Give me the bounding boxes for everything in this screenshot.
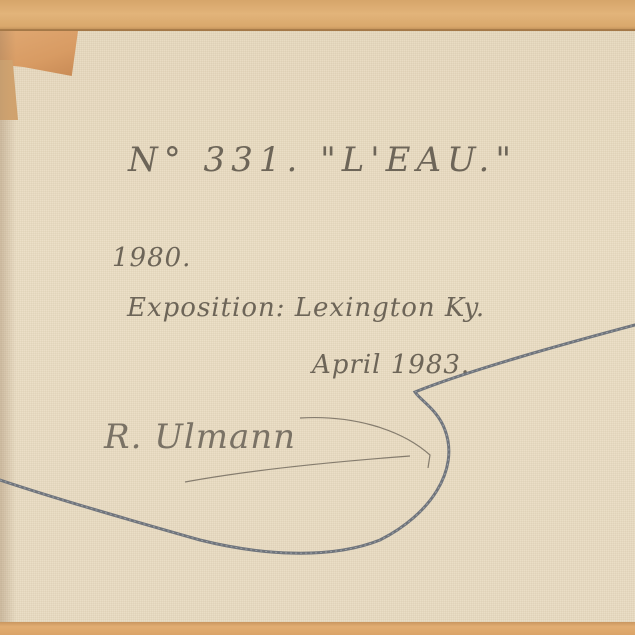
signature-flourish <box>185 418 430 482</box>
hanging-wire <box>0 325 635 553</box>
canvas-back-photo: N° 331. "L'EAU." 1980. Exposition: Lexin… <box>0 0 635 635</box>
pencil-strokes-and-wire <box>0 0 635 635</box>
